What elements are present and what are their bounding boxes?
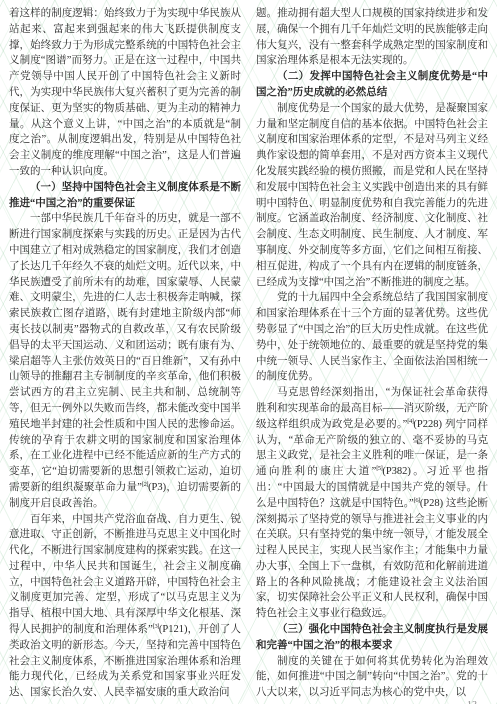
text-run: （一）坚持中国特色社会主义制度体系是不断推进“中国之治”的重要保证 [9,182,241,209]
paragraph: 制度优势是一个国家的最大优势，是凝聚国家力量和坚定制度自信的基本依据。中国特色社… [256,101,488,291]
two-column-text-area: 着这样的制度逻辑：始终致力于为实现中华民族从站起来、富起来到强起来的伟大飞跃提供… [0,0,497,704]
paragraph: 百年来，中国共产党浴血奋战、自力更生、锐意进取、守正创新，不断推进马克思主义中国… [9,512,241,702]
text-run: 党的十九届四中全会系统总结了我国国家制度和国家治理体系在十三个方面的显著优势。这… [256,292,488,382]
section-heading-three: （三）强化中国特色社会主义制度执行是发展和完善“中国之治”的根本要求 [256,622,488,654]
text-run: 制度优势是一个国家的最大优势，是凝聚国家力量和坚定制度自信的基本依据。中国特色社… [256,103,488,288]
section-heading-two: （二）发挥中国特色社会主义制度优势是“中国之治”历史成就的必然总结 [256,69,488,101]
document-page: 着这样的制度逻辑：始终致力于为实现中华民族从站起来、富起来到强起来的伟大飞跃提供… [0,0,497,704]
right-column: 题。推动拥有超大型人口规模的国家持续进步和发展，确保一个拥有几千年灿烂文明的民族… [256,6,488,704]
text-run: (P121)，开创了人类政治文明的新形态。今天，坚持和完善中国特色社会主义制度体… [9,624,241,698]
text-run: 百年来，中国共产党浴血奋战、自力更生、锐意进取、守正创新，不断推进马克思主义中国… [9,514,241,636]
text-run: （二）发挥中国特色社会主义制度优势是“中国之治”历史成就的必然总结 [256,71,488,98]
text-run: 着这样的制度逻辑：始终致力于为实现中华民族从站起来、富起来到强起来的伟大飞跃提供… [9,8,241,177]
page-number-partial: 13 [467,700,477,704]
text-run: 一部中华民族几千年奋斗的历史，就是一部不断进行国家制度探索与实践的历史。正是因为… [9,213,241,493]
section-heading-one: （一）坚持中国特色社会主义制度体系是不断推进“中国之治”的重要保证 [9,180,241,212]
paragraph: 马克思曾经深刻指出，“为保证社会革命获得胜利和实现革命的最高目标——消灭阶级，无… [256,385,488,622]
text-run: 题。推动拥有超大型人口规模的国家持续进步和发展，确保一个拥有几千年灿烂文明的民族… [256,8,488,66]
left-column: 着这样的制度逻辑：始终致力于为实现中华民族从站起来、富起来到强起来的伟大飞跃提供… [9,6,241,704]
paragraph-continuation: 题。推动拥有超大型人口规模的国家持续进步和发展，确保一个拥有几千年灿烂文明的民族… [256,6,488,69]
paragraph-continuation: 着这样的制度逻辑：始终致力于为实现中华民族从站起来、富起来到强起来的伟大飞跃提供… [9,6,241,180]
paragraph: 党的十九届四中全会系统总结了我国国家制度和国家治理体系在十三个方面的显著优势。这… [256,290,488,385]
text-run: （三）强化中国特色社会主义制度执行是发展和完善“中国之治”的根本要求 [256,624,488,651]
paragraph: 制度的关键在于如何将其优势转化为治理效能，如何推进“中国之制”转向“中国之治”。… [256,654,488,701]
text-run: (P28) 这些论断深刻揭示了坚持党的领导与推进社会主义事业的内在关联。只有坚持… [256,498,488,620]
paragraph: 一部中华民族几千年奋斗的历史，就是一部不断进行国家制度探索与实践的历史。正是因为… [9,211,241,511]
text-run: 制度的关键在于如何将其优势转化为治理效能，如何推进“中国之制”转向“中国之治”。… [256,656,488,699]
